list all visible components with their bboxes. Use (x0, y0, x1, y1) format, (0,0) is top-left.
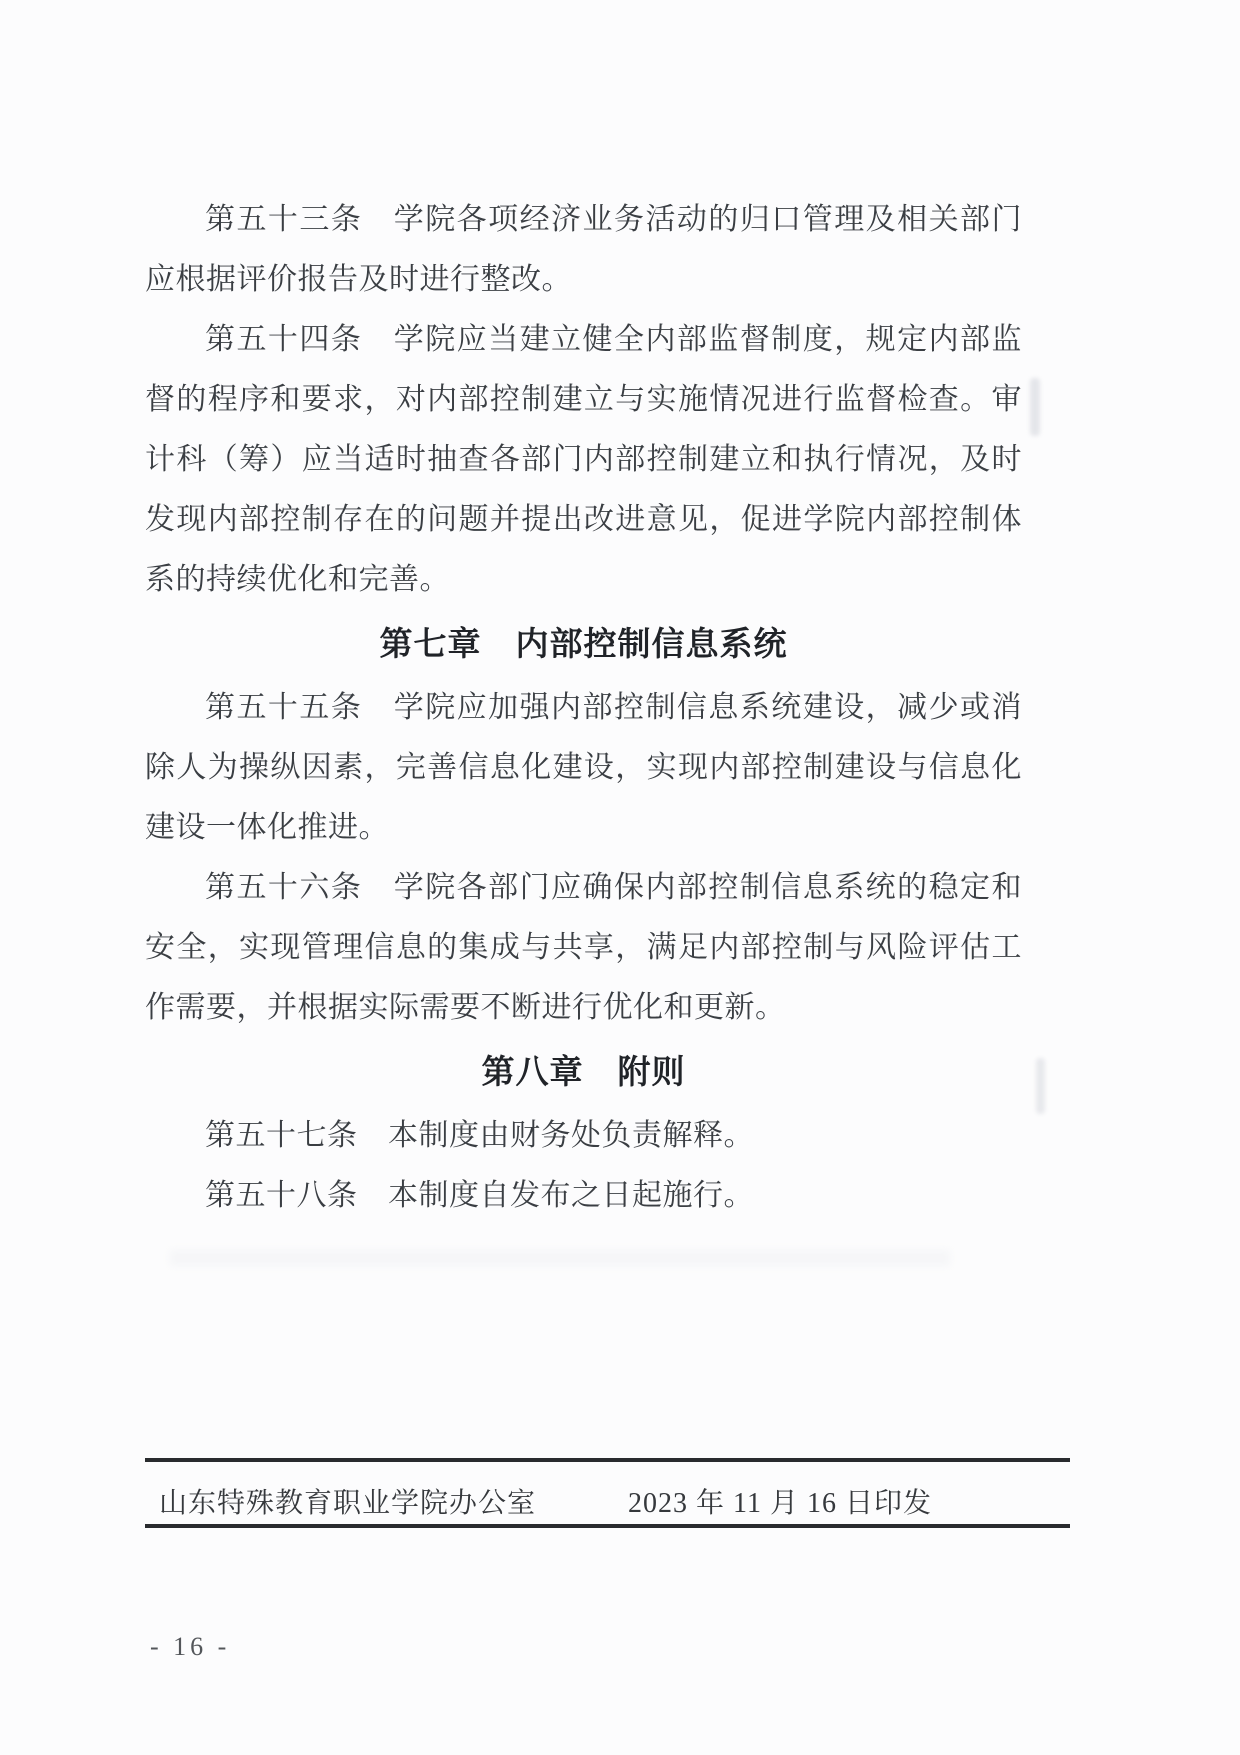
article-58-paragraph: 第五十八条 本制度自发布之日起施行。 (145, 1166, 1022, 1226)
footer-issuer: 山东特殊教育职业学院办公室 (159, 1481, 536, 1521)
scanned-document-page: 第五十三条 学院各项经济业务活动的归口管理及相关部门应根据评价报告及时进行整改。… (0, 0, 1240, 1755)
article-54-paragraph: 第五十四条 学院应当建立健全内部监督制度，规定内部监督的程序和要求，对内部控制建… (145, 310, 1022, 610)
chapter-7-heading: 第七章 内部控制信息系统 (145, 614, 1022, 674)
article-55-paragraph: 第五十五条 学院应加强内部控制信息系统建设，减少或消除人为操纵因素，完善信息化建… (145, 678, 1022, 858)
document-body: 第五十三条 学院各项经济业务活动的归口管理及相关部门应根据评价报告及时进行整改。… (145, 190, 1022, 1226)
page-number: - 16 - (150, 1632, 230, 1662)
scan-smudge-artifact (1036, 1058, 1045, 1114)
scan-smudge-artifact (1030, 378, 1040, 436)
article-53-paragraph: 第五十三条 学院各项经济业务活动的归口管理及相关部门应根据评价报告及时进行整改。 (145, 190, 1022, 310)
article-56-paragraph: 第五十六条 学院各部门应确保内部控制信息系统的稳定和安全，实现管理信息的集成与共… (145, 858, 1022, 1038)
article-57-paragraph: 第五十七条 本制度由财务处负责解释。 (145, 1106, 1022, 1166)
chapter-8-heading: 第八章 附则 (145, 1042, 1022, 1102)
footer-row: 山东特殊教育职业学院办公室 2023 年 11 月 16 日印发 (145, 1462, 1070, 1524)
document-footer: 山东特殊教育职业学院办公室 2023 年 11 月 16 日印发 (145, 1458, 1070, 1528)
footer-print-date: 2023 年 11 月 16 日印发 (628, 1481, 932, 1521)
scan-bleedthrough-artifact (170, 1250, 950, 1266)
